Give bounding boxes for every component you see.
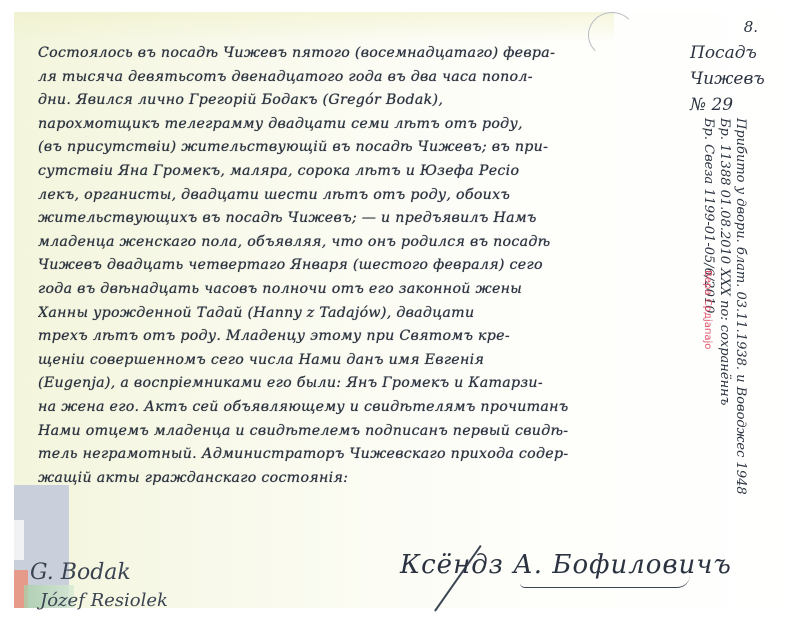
text-line: (въ присутствіи) жительствующій въ посад… <box>38 136 638 160</box>
place-name-line-2: Чижевъ <box>690 66 780 92</box>
text-line: Состоялось въ посадѣ Чижевъ пятого (восе… <box>38 42 638 66</box>
text-line: Чижевъ двадцать четвертаго Января (шесто… <box>38 254 638 278</box>
vertical-note: Прибито у двори. блат. 03.11.1938. и Вов… <box>732 118 748 588</box>
text-line: тель неграмотный. Администраторъ Чижевск… <box>38 443 638 467</box>
record-body: Состоялось въ посадѣ Чижевъ пятого (восе… <box>38 42 638 490</box>
text-line: младенца женскаго пола, объявляя, что он… <box>38 231 638 255</box>
signature-father: G. Bodak <box>30 560 131 585</box>
text-line: трехъ лѣтъ отъ роду. Младенцу этому при … <box>38 325 638 349</box>
text-line: щеніи совершенномъ сего числа Нами данъ … <box>38 349 638 373</box>
text-line: Нами отцемъ младенца и свидѣтелемъ подпи… <box>38 420 638 444</box>
text-line: Ханны урожденной Тадай (Hanny z Tadajów)… <box>38 302 638 326</box>
margin-header: 8. Посадъ Чижевъ № 29 <box>690 14 780 118</box>
vertical-note: Бр. Свеза 1199-01-05/6/2010 <box>700 118 716 588</box>
place-name-line-1: Посадъ <box>690 40 780 66</box>
text-line: года въ двѣнадцать часовъ полночи отъ ег… <box>38 278 638 302</box>
text-line: ля тысяча девятьсотъ двенадцатого года в… <box>38 66 638 90</box>
red-stamp-text: Вера Срдјапајо <box>702 270 713 349</box>
text-line: лекъ, органисты, двадцати шести лѣтъ отъ… <box>38 184 638 208</box>
text-line: парохмотщикъ телеграмму двадцати семи лѣ… <box>38 113 638 137</box>
signature-witness: Józef Resiolek <box>40 590 168 611</box>
paper-discoloration <box>14 12 614 42</box>
signature-flourish <box>520 575 690 588</box>
text-line: жащій акты гражданскаго состоянія: <box>38 467 638 491</box>
text-line: жительствующихъ въ посадѣ Чижевъ; — и пр… <box>38 207 638 231</box>
page-number: 8. <box>690 14 780 40</box>
text-line: сутствіи Яна Громекъ, маляра, сорока лѣт… <box>38 160 638 184</box>
scan-artifact-white <box>14 520 24 560</box>
vertical-note: Бр. 11388 01.08.2010 ХХХ по: сохранённъ <box>716 118 732 588</box>
record-number: № 29 <box>690 92 780 118</box>
text-line: дни. Явился лично Грегорій Бодакъ (Gregó… <box>38 89 638 113</box>
text-line: (Eugenja), а воспріемниками его были: Ян… <box>38 372 638 396</box>
text-line: на жена его. Актъ сей объявляющему и сви… <box>38 396 638 420</box>
margin-vertical-notes: Прибито у двори. блат. 03.11.1938. и Вов… <box>700 118 748 588</box>
